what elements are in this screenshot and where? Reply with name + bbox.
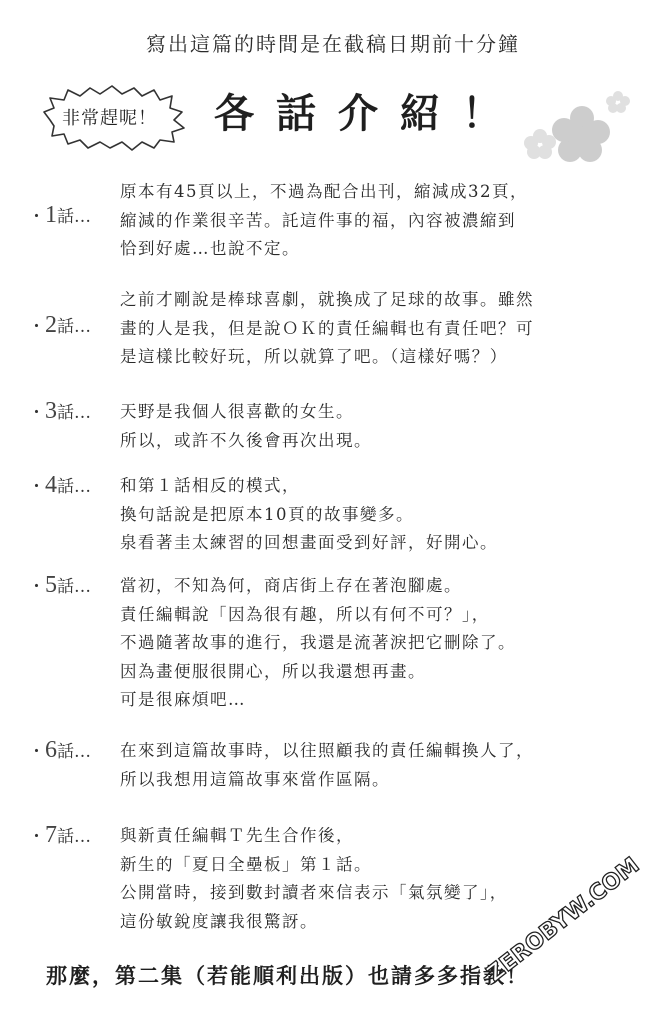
page-subtitle: 寫出這篇的時間是在截稿日期前十分鐘 [146, 28, 520, 57]
bullet: ・ [28, 827, 45, 847]
bullet: ・ [28, 742, 45, 762]
episode-number: 6 [45, 737, 57, 763]
episode-text: 當初，不知為何，商店街上存在著泡腳處。 責任編輯說「因為很有趣，所以有何不可？」… [120, 572, 516, 715]
episode-text: 與新責任編輯Ｔ先生合作後， 新生的「夏日全壘板」第１話。 公開當時，接到數封讀者… [120, 822, 508, 936]
episode-text: 天野是我個人很喜歡的女生。 所以，或許不久後會再次出現。 [120, 398, 372, 455]
closing-line: 那麼，第二集（若能順利出版）也請多多指教！ [46, 960, 529, 990]
episode-suffix: 話… [57, 207, 91, 227]
episode-suffix: 話… [57, 477, 91, 497]
episode-suffix: 話… [57, 403, 91, 423]
speech-burst-text: 非常趕呢！ [62, 104, 157, 130]
episode-number: 4 [45, 472, 57, 498]
episode-text: 原本有45頁以上，不過為配合出刊，縮減成32頁， 縮減的作業很辛苦。託這件事的福… [120, 178, 528, 264]
episode-number: 3 [45, 398, 57, 424]
bullet: ・ [28, 207, 45, 227]
episode-text: 在來到這篇故事時，以往照顧我的責任編輯換人了， 所以我想用這篇故事來當作區隔。 [120, 737, 534, 794]
speech-burst: 非常趕呢！ [40, 82, 190, 152]
bullet: ・ [28, 477, 45, 497]
bullet: ・ [28, 317, 45, 337]
bullet: ・ [28, 577, 45, 597]
episode-suffix: 話… [57, 827, 91, 847]
bullet: ・ [28, 403, 45, 423]
episode-text: 和第１話相反的模式， 換句話說是把原本10頁的故事變多。 泉看著圭太練習的回想畫… [120, 472, 498, 558]
flower-decoration-icon [520, 84, 650, 170]
episode-suffix: 話… [57, 317, 91, 337]
episode-text: 之前才剛說是棒球喜劇，就換成了足球的故事。雖然 畫的人是我，但是說ＯＫ的責任編輯… [120, 286, 534, 372]
episode-suffix: 話… [57, 742, 91, 762]
page-title: 各話介紹！ [214, 82, 524, 139]
episode-suffix: 話… [57, 577, 91, 597]
episode-number: 7 [45, 822, 57, 848]
episode-number: 1 [45, 202, 57, 228]
episode-number: 2 [45, 312, 57, 338]
episode-number: 5 [45, 572, 57, 598]
